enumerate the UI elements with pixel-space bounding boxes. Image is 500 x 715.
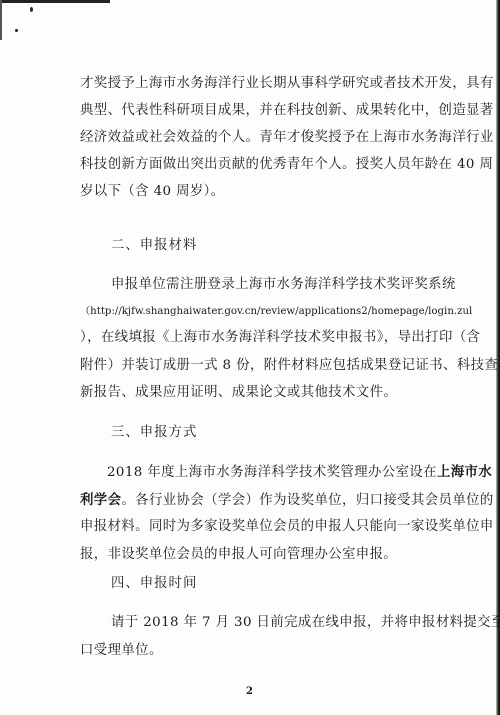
- page-number: 2: [246, 686, 253, 697]
- bold-org-name: 利学会: [80, 492, 121, 508]
- section-heading-method: 三、申报方式: [111, 425, 197, 441]
- body-line: 报，非设奖单位会员的申报人可向管理办公室申报。: [80, 547, 422, 563]
- body-line: 附件）并装订成册一式 8 份，附件材料应包括成果登记证书、科技查: [80, 358, 422, 374]
- body-line: 岁以下（含 40 周岁）。: [80, 184, 422, 200]
- scan-edge-left: [0, 0, 2, 40]
- scan-speck: [15, 29, 18, 32]
- body-line: 新报告、成果应用证明、成果论文或其他技术文件。: [80, 385, 422, 401]
- body-text: 2018 年度上海市水务海洋科学技术奖管理办公室设在: [107, 465, 437, 480]
- body-line: 利学会。各行业协会（学会）作为设奖单位，归口接受其会员单位的: [80, 492, 422, 508]
- body-line: 申报单位需注册登录上海市水务海洋科学技术奖评奖系统: [111, 277, 422, 293]
- body-line: 才奖授予上海市水务海洋行业长期从事科学研究或者技术开发，具有: [80, 76, 422, 92]
- scan-edge-top: [0, 0, 110, 3]
- body-line: 经济效益或社会效益的个人。青年才俊奖授予在上海市水务海洋行业: [80, 130, 422, 146]
- section-heading-materials: 二、申报材料: [111, 238, 197, 254]
- body-line: 典型、代表性科研项目成果，并在科技创新、成果转化中，创造显著: [80, 103, 422, 119]
- body-line: 请于 2018 年 7 月 30 日前完成在线申报，并将申报材料提交至归: [111, 615, 422, 631]
- body-line: 科技创新方面做出突出贡献的优秀青年个人。授奖人员年龄在 40 周: [80, 157, 422, 173]
- bold-org-name: 上海市水: [437, 464, 492, 480]
- body-line: 2018 年度上海市水务海洋科学技术奖管理办公室设在上海市水: [107, 464, 422, 480]
- section-heading-timing: 四、申报时间: [111, 576, 197, 592]
- body-line: 口受理单位。: [80, 643, 422, 659]
- system-url-link[interactable]: （http://kjfw.shanghaiwater.gov.cn/review…: [80, 304, 422, 320]
- document-page: 才奖授予上海市水务海洋行业长期从事科学研究或者技术开发，具有 典型、代表性科研项…: [0, 0, 500, 715]
- body-line: ），在线填报《上海市水务海洋科学技术奖申报书》，导出打印（含: [80, 330, 422, 346]
- scan-speck: [30, 7, 33, 12]
- body-line: 申报材料。同时为多家设奖单位会员的申报人只能向一家设奖单位申: [80, 519, 422, 535]
- body-text: 。各行业协会（学会）作为设奖单位，归口接受其会员单位的: [121, 493, 493, 508]
